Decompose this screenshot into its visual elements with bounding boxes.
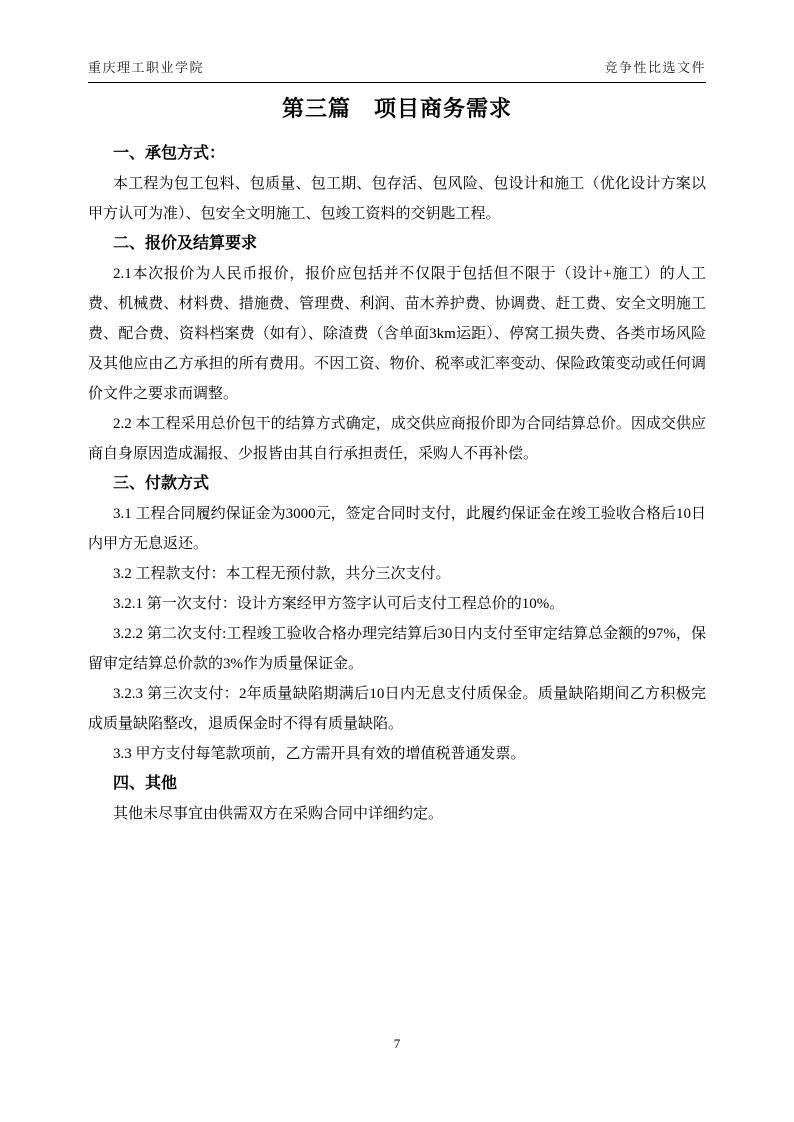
paragraph: 2.1本次报价为人民币报价，报价应包括并不仅限于包括但不限于（设计+施工）的人工… [88, 259, 706, 409]
paragraph: 3.2.1 第一次支付：设计方案经甲方签字认可后支付工程总价的10%。 [88, 589, 706, 619]
paragraph: 2.2 本工程采用总价包干的结算方式确定，成交供应商报价即为合同结算总价。因成交… [88, 409, 706, 469]
document-title: 第三篇 项目商务需求 [0, 93, 794, 125]
paragraph: 3.2.2 第二次支付:工程竣工验收合格办理完结算后30日内支付至审定结算总金额… [88, 619, 706, 679]
paragraph: 其他未尽事宜由供需双方在采购合同中详细约定。 [88, 799, 706, 829]
paragraph: 本工程为包工包料、包质量、包工期、包存活、包风险、包设计和施工（优化设计方案以甲… [88, 169, 706, 229]
document-body: 一、承包方式： 本工程为包工包料、包质量、包工期、包存活、包风险、包设计和施工（… [88, 139, 706, 829]
page-header: 重庆理工职业学院 竞争性比选文件 [88, 0, 706, 83]
paragraph: 3.2.3 第三次支付：2年质量缺陷期满后10日内无息支付质保金。质量缺陷期间乙… [88, 679, 706, 739]
document-page: 重庆理工职业学院 竞争性比选文件 第三篇 项目商务需求 一、承包方式： 本工程为… [0, 0, 794, 1122]
paragraph: 3.2 工程款支付：本工程无预付款，共分三次支付。 [88, 559, 706, 589]
page-number: 7 [0, 1036, 794, 1052]
section-heading-payment-method: 三、付款方式 [88, 469, 706, 499]
paragraph: 3.3 甲方支付每笔款项前，乙方需开具有效的增值税普通发票。 [88, 739, 706, 769]
paragraph: 3.1 工程合同履约保证金为3000元，签定合同时支付，此履约保证金在竣工验收合… [88, 499, 706, 559]
section-heading-quotation-settlement: 二、报价及结算要求 [88, 229, 706, 259]
section-heading-contracting-method: 一、承包方式： [88, 139, 706, 169]
header-left-text: 重庆理工职业学院 [88, 57, 204, 76]
header-right-text: 竞争性比选文件 [604, 57, 706, 76]
section-heading-other: 四、其他 [88, 769, 706, 799]
